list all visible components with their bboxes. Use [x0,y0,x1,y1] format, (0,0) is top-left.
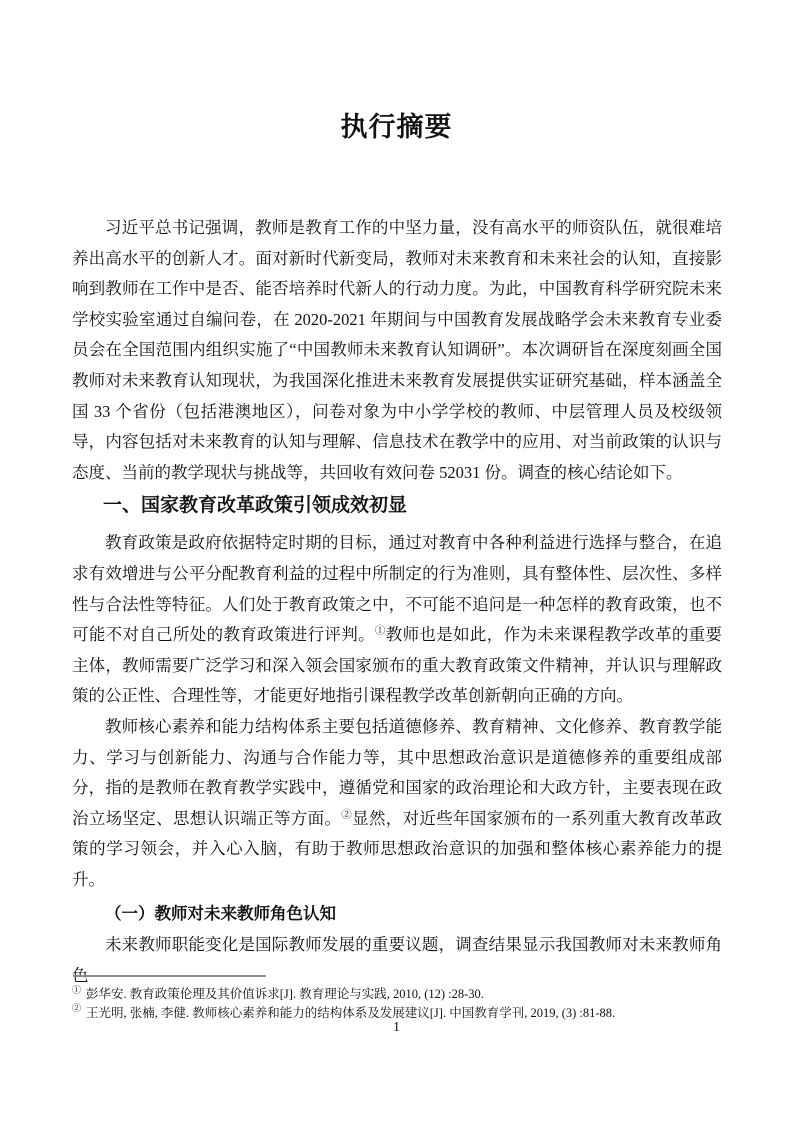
document-page: 执行摘要 习近平总书记强调，教师是教育工作的中坚力量，没有高水平的师资队伍，就很… [0,0,793,1122]
footnote-marker-2: ② [72,1003,81,1013]
footnote-text-2: 王光明, 张楠, 李健. 教师核心素养和能力的结构体系及发展建议[J]. 中国教… [86,1006,615,1020]
paragraph-competency: 教师核心素养和能力结构体系主要包括道德修养、教育精神、文化修养、教育教学能力、学… [72,712,722,896]
footnote-item-1: ①彭华安. 教育政策伦理及其价值诉求[J]. 教育理论与实践, 2010, (1… [72,985,722,1004]
section-heading-1: 一、国家教育改革政策引领成效初显 [72,491,722,521]
paragraph-intro: 习近平总书记强调，教师是教育工作的中坚力量，没有高水平的师资队伍，就很难培养出高… [72,213,722,488]
document-title: 执行摘要 [0,110,793,144]
document-body: 习近平总书记强调，教师是教育工作的中坚力量，没有高水平的师资队伍，就很难培养出高… [72,213,722,991]
footnote-area: ①彭华安. 教育政策伦理及其价值诉求[J]. 教育理论与实践, 2010, (1… [72,975,722,1022]
footnote-text-1: 彭华安. 教育政策伦理及其价值诉求[J]. 教育理论与实践, 2010, (12… [86,987,484,1001]
subsection-heading-1: （一）教师对未来教师角色认知 [72,899,722,930]
page-number: 1 [0,1019,793,1037]
footnote-separator [73,975,266,977]
footnote-marker-1: ① [72,985,81,995]
paragraph-policy: 教育政策是政府依据特定时期的目标，通过对教育中各种利益进行选择与整合，在追求有效… [72,528,722,712]
